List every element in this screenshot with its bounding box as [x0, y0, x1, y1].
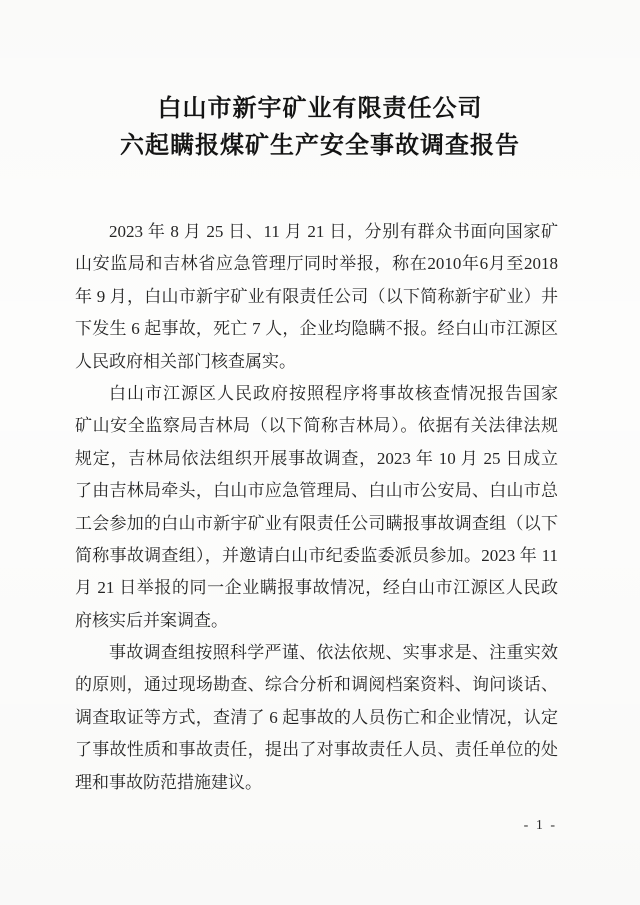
- title-line-1: 白山市新宇矿业有限责任公司: [0, 91, 640, 128]
- body-line: 下发生 6 起事故，死亡 7 人，企业均隐瞒不报。经白山市江源区: [75, 313, 558, 345]
- body-line: 山安监局和吉林省应急管理厅同时举报，称在2010年6月至2018: [75, 248, 558, 280]
- body-line: 月 21 日举报的同一企业瞒报事故情况，经白山市江源区人民政: [75, 572, 558, 604]
- body-line: 人民政府相关部门核查属实。: [75, 346, 558, 378]
- body-line: 白山市江源区人民政府按照程序将事故核查情况报告国家: [75, 378, 558, 410]
- paragraph-1: 2023 年 8 月 25 日、11 月 21 日，分别有群众书面向国家矿 山安…: [75, 216, 558, 378]
- document-body: 2023 年 8 月 25 日、11 月 21 日，分别有群众书面向国家矿 山安…: [75, 216, 558, 799]
- body-line: 了由吉林局牵头，白山市应急管理局、白山市公安局、白山市总: [75, 475, 558, 507]
- body-line: 调查取证等方式，查清了 6 起事故的人员伤亡和企业情况，认定: [75, 702, 558, 734]
- paragraph-2: 白山市江源区人民政府按照程序将事故核查情况报告国家 矿山安全监察局吉林局（以下简…: [75, 378, 558, 637]
- body-line: 理和事故防范措施建议。: [75, 767, 558, 799]
- body-line: 事故调查组按照科学严谨、依法依规、实事求是、注重实效: [75, 637, 558, 669]
- body-line: 年 9 月，白山市新宇矿业有限责任公司（以下简称新宇矿业）井: [75, 281, 558, 313]
- title-line-2: 六起瞒报煤矿生产安全事故调查报告: [0, 128, 640, 165]
- body-line: 工会参加的白山市新宇矿业有限责任公司瞒报事故调查组（以下: [75, 508, 558, 540]
- body-line: 简称事故调查组），并邀请白山市纪委监委派员参加。2023 年 11: [75, 540, 558, 572]
- body-line: 2023 年 8 月 25 日、11 月 21 日，分别有群众书面向国家矿: [75, 216, 558, 248]
- page-number: - 1 -: [524, 818, 557, 834]
- body-line: 矿山安全监察局吉林局（以下简称吉林局）。依据有关法律法规: [75, 410, 558, 442]
- body-line: 规定，吉林局依法组织开展事故调查，2023 年 10 月 25 日成立: [75, 443, 558, 475]
- body-line: 府核实后并案调查。: [75, 605, 558, 637]
- document-title: 白山市新宇矿业有限责任公司 六起瞒报煤矿生产安全事故调查报告: [0, 0, 640, 165]
- body-line: 的原则，通过现场勘查、综合分析和调阅档案资料、询问谈话、: [75, 669, 558, 701]
- paragraph-3: 事故调查组按照科学严谨、依法依规、实事求是、注重实效 的原则，通过现场勘查、综合…: [75, 637, 558, 799]
- body-line: 了事故性质和事故责任，提出了对事故责任人员、责任单位的处: [75, 734, 558, 766]
- document-page: 白山市新宇矿业有限责任公司 六起瞒报煤矿生产安全事故调查报告 2023 年 8 …: [0, 0, 640, 905]
